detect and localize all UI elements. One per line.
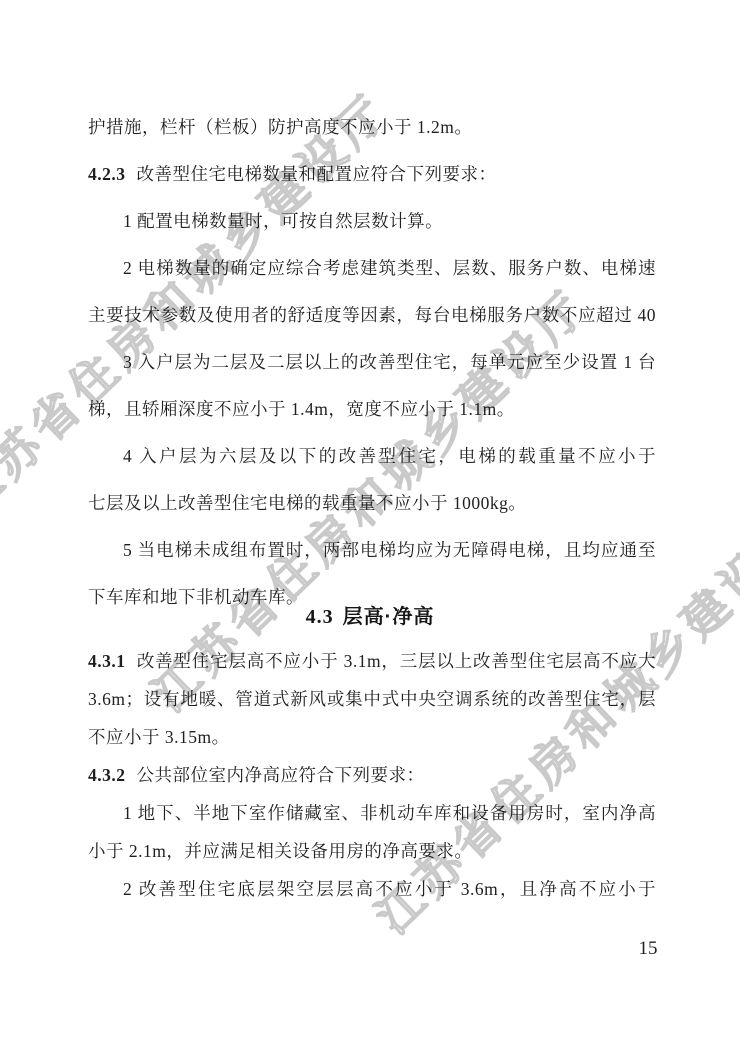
document-page: 江苏省住房和城乡建设厅 江苏省住房和城乡建设厅 江苏省住房和城乡建设厅 护措施，… (0, 0, 740, 1046)
text-line-content: 4 入户层为六层及以下的改善型住宅，电梯的载重量不应小于 800kg， (123, 446, 656, 480)
clause-number: 4.3.2 (88, 765, 126, 785)
text-line-content: 梯，且轿厢深度不应小于 1.4m，宽度不应小于 1.1m。 (88, 399, 515, 419)
text-line-content: 公共部位室内净高应符合下列要求： (137, 765, 425, 785)
text-line-content: 小于 2.1m，并应满足相关设备用房的净高要求。 (88, 841, 472, 861)
section-4-3-text: 4.3.1改善型住宅层高不应小于 3.1m，三层以上改善型住宅层高不应大于 3.… (88, 642, 656, 908)
text-line-content: 3.6m；设有地暖、管道式新风或集中式中央空调系统的改善型住宅，层高 (88, 689, 656, 718)
text-line-content: 七层及以上改善型住宅电梯的载重量不应小于 1000kg。 (88, 493, 526, 513)
text-line-content: 改善型住宅电梯数量和配置应符合下列要求： (137, 164, 497, 184)
text-line-content: 1 地下、半地下室作储藏室、非机动车库和设备用房时，室内净高不应 (123, 803, 656, 832)
text-line: 1 配置电梯数量时，可按自然层数计算。 (88, 198, 656, 245)
text-line-content: 3 入户层为二层及二层以上的改善型住宅，每单元应至少设置 1 台电 (123, 352, 656, 386)
text-line: 护措施，栏杆（栏板）防护高度不应小于 1.2m。 (88, 104, 656, 151)
text-line-content: 不应小于 3.15m。 (88, 727, 230, 747)
text-line: 梯，且轿厢深度不应小于 1.4m，宽度不应小于 1.1m。 (88, 386, 656, 433)
text-line: 2 电梯数量的确定应综合考虑建筑类型、层数、服务户数、电梯速度等 (88, 245, 656, 292)
text-line: 4.3.1改善型住宅层高不应小于 3.1m，三层以上改善型住宅层高不应大于 (88, 642, 656, 680)
text-line-content: 5 当电梯未成组布置时，两部电梯均应为无障碍电梯，且均应通至地 (123, 540, 656, 574)
section-heading-title: 层高·净高 (343, 606, 435, 628)
text-line-content: 主要技术参数及使用者的舒适度等因素，每台电梯服务户数不应超过 40 户。 (88, 305, 656, 339)
text-line-content: 护措施，栏杆（栏板）防护高度不应小于 1.2m。 (88, 117, 472, 137)
text-line-content: 改善型住宅层高不应小于 3.1m，三层以上改善型住宅层高不应大于 (88, 651, 656, 680)
section-heading-number: 4.3 (306, 606, 334, 628)
text-line: 小于 2.1m，并应满足相关设备用房的净高要求。 (88, 832, 656, 870)
section-heading: 4.3层高·净高 (0, 600, 740, 629)
clause-number: 4.3.1 (88, 651, 126, 671)
text-line: 七层及以上改善型住宅电梯的载重量不应小于 1000kg。 (88, 480, 656, 527)
text-line: 3.6m；设有地暖、管道式新风或集中式中央空调系统的改善型住宅，层高 (88, 680, 656, 718)
clause-number: 4.2.3 (88, 164, 126, 184)
text-line-content: 2 改善型住宅底层架空层层高不应小于 3.6m，且净高不应小于 3.0m。 (123, 879, 656, 908)
text-line: 5 当电梯未成组布置时，两部电梯均应为无障碍电梯，且均应通至地 (88, 527, 656, 574)
section-4-2-text: 护措施，栏杆（栏板）防护高度不应小于 1.2m。 4.2.3改善型住宅电梯数量和… (88, 104, 656, 621)
page-number: 15 (628, 938, 668, 960)
text-line: 不应小于 3.15m。 (88, 718, 656, 756)
text-line-content: 1 配置电梯数量时，可按自然层数计算。 (123, 211, 443, 231)
text-line: 1 地下、半地下室作储藏室、非机动车库和设备用房时，室内净高不应 (88, 794, 656, 832)
text-line: 2 改善型住宅底层架空层层高不应小于 3.6m，且净高不应小于 3.0m。 (88, 870, 656, 908)
text-line: 主要技术参数及使用者的舒适度等因素，每台电梯服务户数不应超过 40 户。 (88, 292, 656, 339)
text-line: 3 入户层为二层及二层以上的改善型住宅，每单元应至少设置 1 台电 (88, 339, 656, 386)
text-line: 4 入户层为六层及以下的改善型住宅，电梯的载重量不应小于 800kg， (88, 433, 656, 480)
text-line: 4.3.2公共部位室内净高应符合下列要求： (88, 756, 656, 794)
text-line: 4.2.3改善型住宅电梯数量和配置应符合下列要求： (88, 151, 656, 198)
text-line-content: 2 电梯数量的确定应综合考虑建筑类型、层数、服务户数、电梯速度等 (123, 258, 656, 292)
